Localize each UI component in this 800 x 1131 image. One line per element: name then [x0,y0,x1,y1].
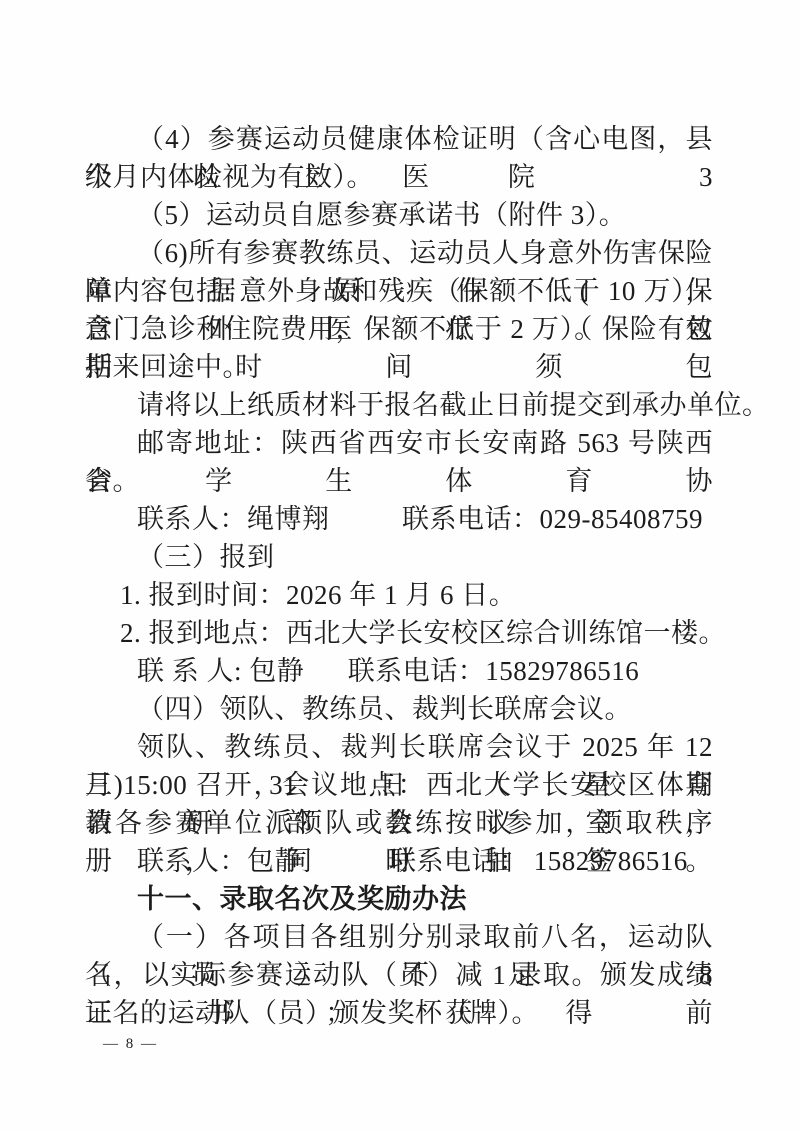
text-line: 领队、教练员、裁判长联席会议于 2025 年 12 月 31 日（星期 [85,728,713,766]
text-line: 含门急诊和住院费用，保额不低于 2 万）。保险有效期时间须包 [85,310,713,348]
section-heading: 十一、录取名次及奖励办法 [85,880,713,918]
text-line: 2. 报到地点：西北大学长安校区综合训练馆一楼。 [85,614,713,652]
subsection-title: （四）领队、教练员、裁判长联席会议。 [85,690,713,728]
text-line: 请将以上纸质材料于报名截止日前提交到承办单位。 [85,386,713,424]
text-line: 请各参赛单位派领队或教练按时参加，领取秩序册，同时抽签。 [85,804,713,842]
document-body: （4）参赛运动员健康体检证明（含心电图，县级以上医院 3 个月内体检视为有效）。… [85,120,713,1032]
text-line: 邮寄地址：陕西省西安市长安南路 563 号陕西省学生体育协 [85,424,713,462]
text-line: （4）参赛运动员健康体检证明（含心电图，县级以上医院 3 [85,120,713,158]
contact-line: 联系人：包静 联系电话： 15829786516 [85,842,713,880]
text-line: 三)15:00 召开，会议地点：西北大学长安校区体育教研部会议室， [85,766,713,804]
contact-line: 联 系 人: 包静 联系电话：15829786516 [85,652,713,690]
contact-line: 联系人：绳博翔 联系电话：029-85408759 [85,500,713,538]
text-line: （5）运动员自愿参赛承诺书（附件 3）。 [85,196,713,234]
page-number: — 8 — [103,1033,158,1055]
text-line: 障内容包括: 意外身故和残疾（保额不低于 10 万），意外医疗（包 [85,272,713,310]
subsection-title: （三）报到 [85,538,713,576]
text-line: （一）各项目各组别分别录取前八名，运动队（员）不足 8 [85,918,713,956]
text-line: 1. 报到时间：2026 年 1 月 6 日。 [85,576,713,614]
text-line: 名，以实际参赛运动队（员）减 1 录取。颁发成绩证书；获得前 [85,956,713,994]
document-page: （4）参赛运动员健康体检证明（含心电图，县级以上医院 3 个月内体检视为有效）。… [0,0,800,1131]
text-line: （6)所有参赛教练员、运动员人身意外伤害保险单据原件(保 [85,234,713,272]
